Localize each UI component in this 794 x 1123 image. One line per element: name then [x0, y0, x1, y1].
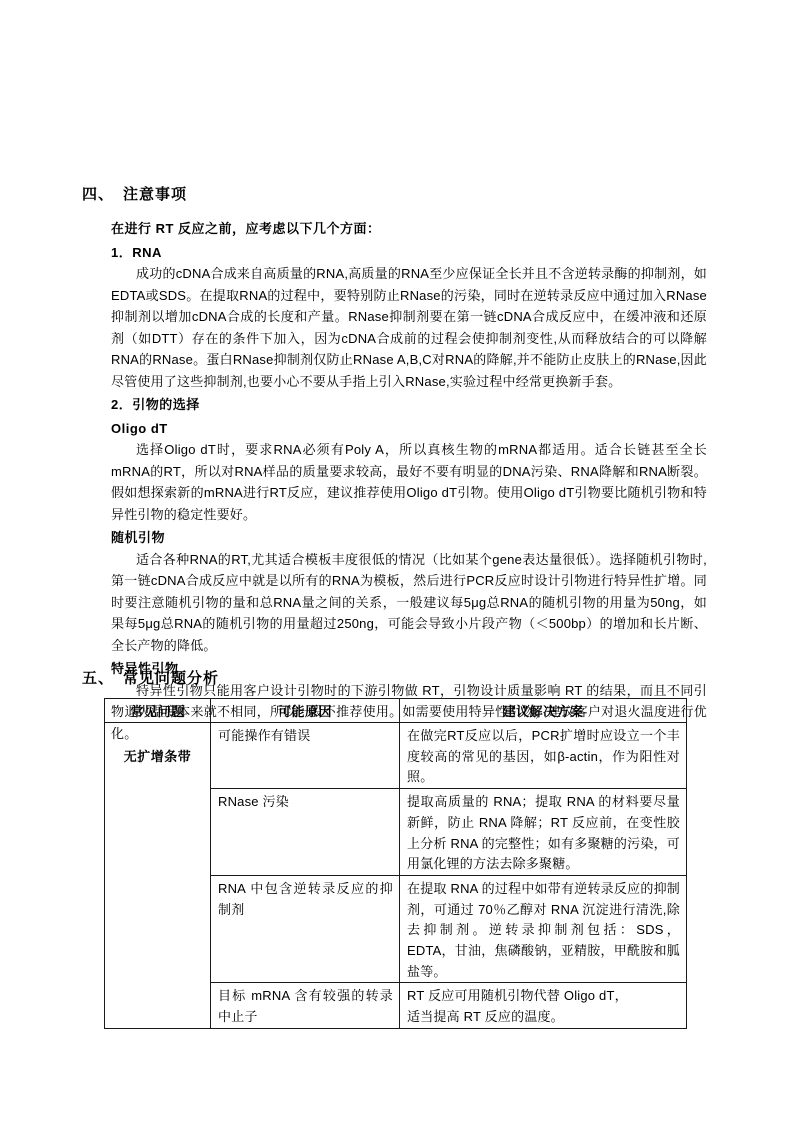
faq-table-head: 常见问题可能原因建议解决方案: [105, 699, 687, 723]
table-cell-cause: 目标 mRNA 含有较强的转录中止子: [211, 983, 400, 1028]
section5-title: 常见问题分析: [123, 670, 219, 687]
table-cell-solution: RT 反应可用随机引物代替 Oligo dT，适当提高 RT 反应的温度。: [400, 983, 687, 1028]
table-cell-cause: 可能操作有错误: [211, 723, 400, 789]
section4-intro: 在进行 RT 反应之前，应考虑以下几个方面：: [111, 218, 707, 240]
table-cell-cause: RNase 污染: [211, 789, 400, 876]
cause-text: RNA 中包含逆转录反应的抑制剂: [218, 879, 393, 920]
section4-title: 注意事项: [123, 186, 187, 203]
table-header-cell: 建议解决方案: [400, 699, 687, 723]
table-cell-solution: 在提取 RNA 的过程中如带有逆转录反应的抑制剂，可通过 70％乙醇对 RNA …: [400, 875, 687, 983]
paragraph: 适合各种RNA的RT,尤其适合模板丰度很低的情况（比如某个gene表达量很低）。…: [111, 549, 707, 657]
table-row: 无扩增条带可能操作有错误在做完RT反应以后，PCR扩增时应设立一个丰度较高的常见…: [105, 723, 687, 789]
problem-cell: 无扩增条带: [105, 723, 211, 1029]
cause-text: RNase 污染: [218, 792, 393, 813]
table-cell-cause: RNA 中包含逆转录反应的抑制剂: [211, 875, 400, 983]
table-cell-solution: 提取高质量的 RNA；提取 RNA 的材料要尽量新鲜，防止 RNA 降解；RT …: [400, 789, 687, 876]
subheading: Oligo dT: [111, 418, 707, 440]
solution-text: 提取高质量的 RNA；提取 RNA 的材料要尽量新鲜，防止 RNA 降解；RT …: [407, 792, 680, 875]
subheading: 随机引物: [111, 527, 707, 549]
paragraph: 选择Oligo dT时，要求RNA必须有Poly A，所以真核生物的mRNA都适…: [111, 439, 707, 525]
cause-text: 目标 mRNA 含有较强的转录中止子: [218, 986, 393, 1027]
faq-table-body: 无扩增条带可能操作有错误在做完RT反应以后，PCR扩增时应设立一个丰度较高的常见…: [105, 723, 687, 1029]
table-header-cell: 常见问题: [105, 699, 211, 723]
section4-heading: 四、注意事项: [82, 184, 187, 206]
table-cell-solution: 在做完RT反应以后，PCR扩增时应设立一个丰度较高的常见的基因，如β-actin…: [400, 723, 687, 789]
numbered-heading: 1．RNA: [111, 242, 707, 264]
solution-text: 适当提高 RT 反应的温度。: [407, 1007, 680, 1028]
faq-table: 常见问题可能原因建议解决方案 无扩增条带可能操作有错误在做完RT反应以后，PCR…: [104, 698, 687, 1029]
section4-number: 四、: [82, 184, 114, 206]
cause-text: 可能操作有错误: [218, 726, 393, 747]
paragraph: 成功的cDNA合成来自高质量的RNA,高质量的RNA至少应保证全长并且不含逆转录…: [111, 263, 707, 392]
solution-text: 在做完RT反应以后，PCR扩增时应设立一个丰度较高的常见的基因，如β-actin…: [407, 726, 680, 788]
section4-body: 在进行 RT 反应之前，应考虑以下几个方面： 1．RNA成功的cDNA合成来自高…: [111, 218, 707, 744]
solution-text: 在提取 RNA 的过程中如带有逆转录反应的抑制剂，可通过 70％乙醇对 RNA …: [407, 879, 680, 983]
numbered-heading: 2．引物的选择: [111, 394, 707, 416]
table-header-cell: 可能原因: [211, 699, 400, 723]
section5-number: 五、: [82, 668, 114, 690]
section5-heading: 五、常见问题分析: [82, 668, 219, 690]
document-page: 四、注意事项 在进行 RT 反应之前，应考虑以下几个方面： 1．RNA成功的cD…: [0, 0, 794, 1123]
solution-text: RT 反应可用随机引物代替 Oligo dT，: [407, 986, 680, 1007]
